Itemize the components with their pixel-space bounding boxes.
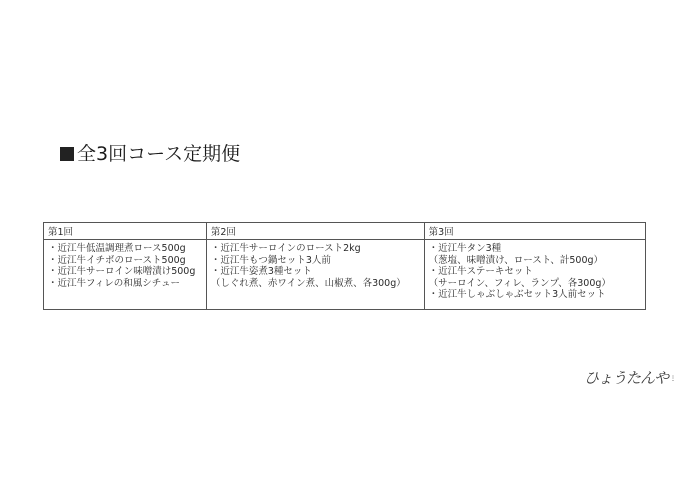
header-round-1: 第1回 <box>44 223 207 240</box>
round-3-items: ・近江牛タン3種 （葱塩、味噌漬け、ロースト、計500g） ・近江牛ステーキセッ… <box>424 240 645 310</box>
round-1-items: ・近江牛低温調理煮ロース500g ・近江牛イチボのロースト500g ・近江牛サー… <box>44 240 207 310</box>
black-square-icon <box>60 147 74 161</box>
list-item-detail: （サーロイン、フィレ、ランプ、各300g） <box>429 278 641 290</box>
header-round-3: 第3回 <box>424 223 645 240</box>
list-item: ・近江牛サーロイン味噌漬け500g <box>48 266 202 278</box>
list-item: ・近江牛しゃぶしゃぶセット3人前セット <box>429 289 641 301</box>
round-2-items: ・近江牛サーロインのロースト2kg ・近江牛もつ鍋セット3人前 ・近江牛姿煮3種… <box>206 240 424 310</box>
list-item: ・近江牛フィレの和風シチュー <box>48 278 202 290</box>
table-row: ・近江牛低温調理煮ロース500g ・近江牛イチボのロースト500g ・近江牛サー… <box>44 240 646 310</box>
logo-text: ひょうたんや <box>584 369 668 387</box>
header-round-2: 第2回 <box>206 223 424 240</box>
list-item: ・近江牛イチボのロースト500g <box>48 255 202 267</box>
page-title: 全3回コース定期便 <box>60 139 240 166</box>
list-item: ・近江牛もつ鍋セット3人前 <box>211 255 420 267</box>
list-item: ・近江牛サーロインのロースト2kg <box>211 243 420 255</box>
list-item: ・近江牛姿煮3種セット <box>211 266 420 278</box>
list-item-detail: （葱塩、味噌漬け、ロースト、計500g） <box>429 255 641 267</box>
table-header-row: 第1回 第2回 第3回 <box>44 223 646 240</box>
list-item: ・近江牛低温調理煮ロース500g <box>48 243 202 255</box>
course-schedule-table: 第1回 第2回 第3回 ・近江牛低温調理煮ロース500g ・近江牛イチボのロース… <box>43 222 646 310</box>
list-item-detail: （しぐれ煮、赤ワイン煮、山椒煮、各300g） <box>211 278 420 290</box>
title-text: 全3回コース定期便 <box>77 143 240 165</box>
list-item: ・近江牛ステーキセット <box>429 266 641 278</box>
logo-dots: ⋮ <box>670 375 675 382</box>
brand-logo: ひょうたんや⋮ <box>584 367 675 388</box>
list-item: ・近江牛タン3種 <box>429 243 641 255</box>
